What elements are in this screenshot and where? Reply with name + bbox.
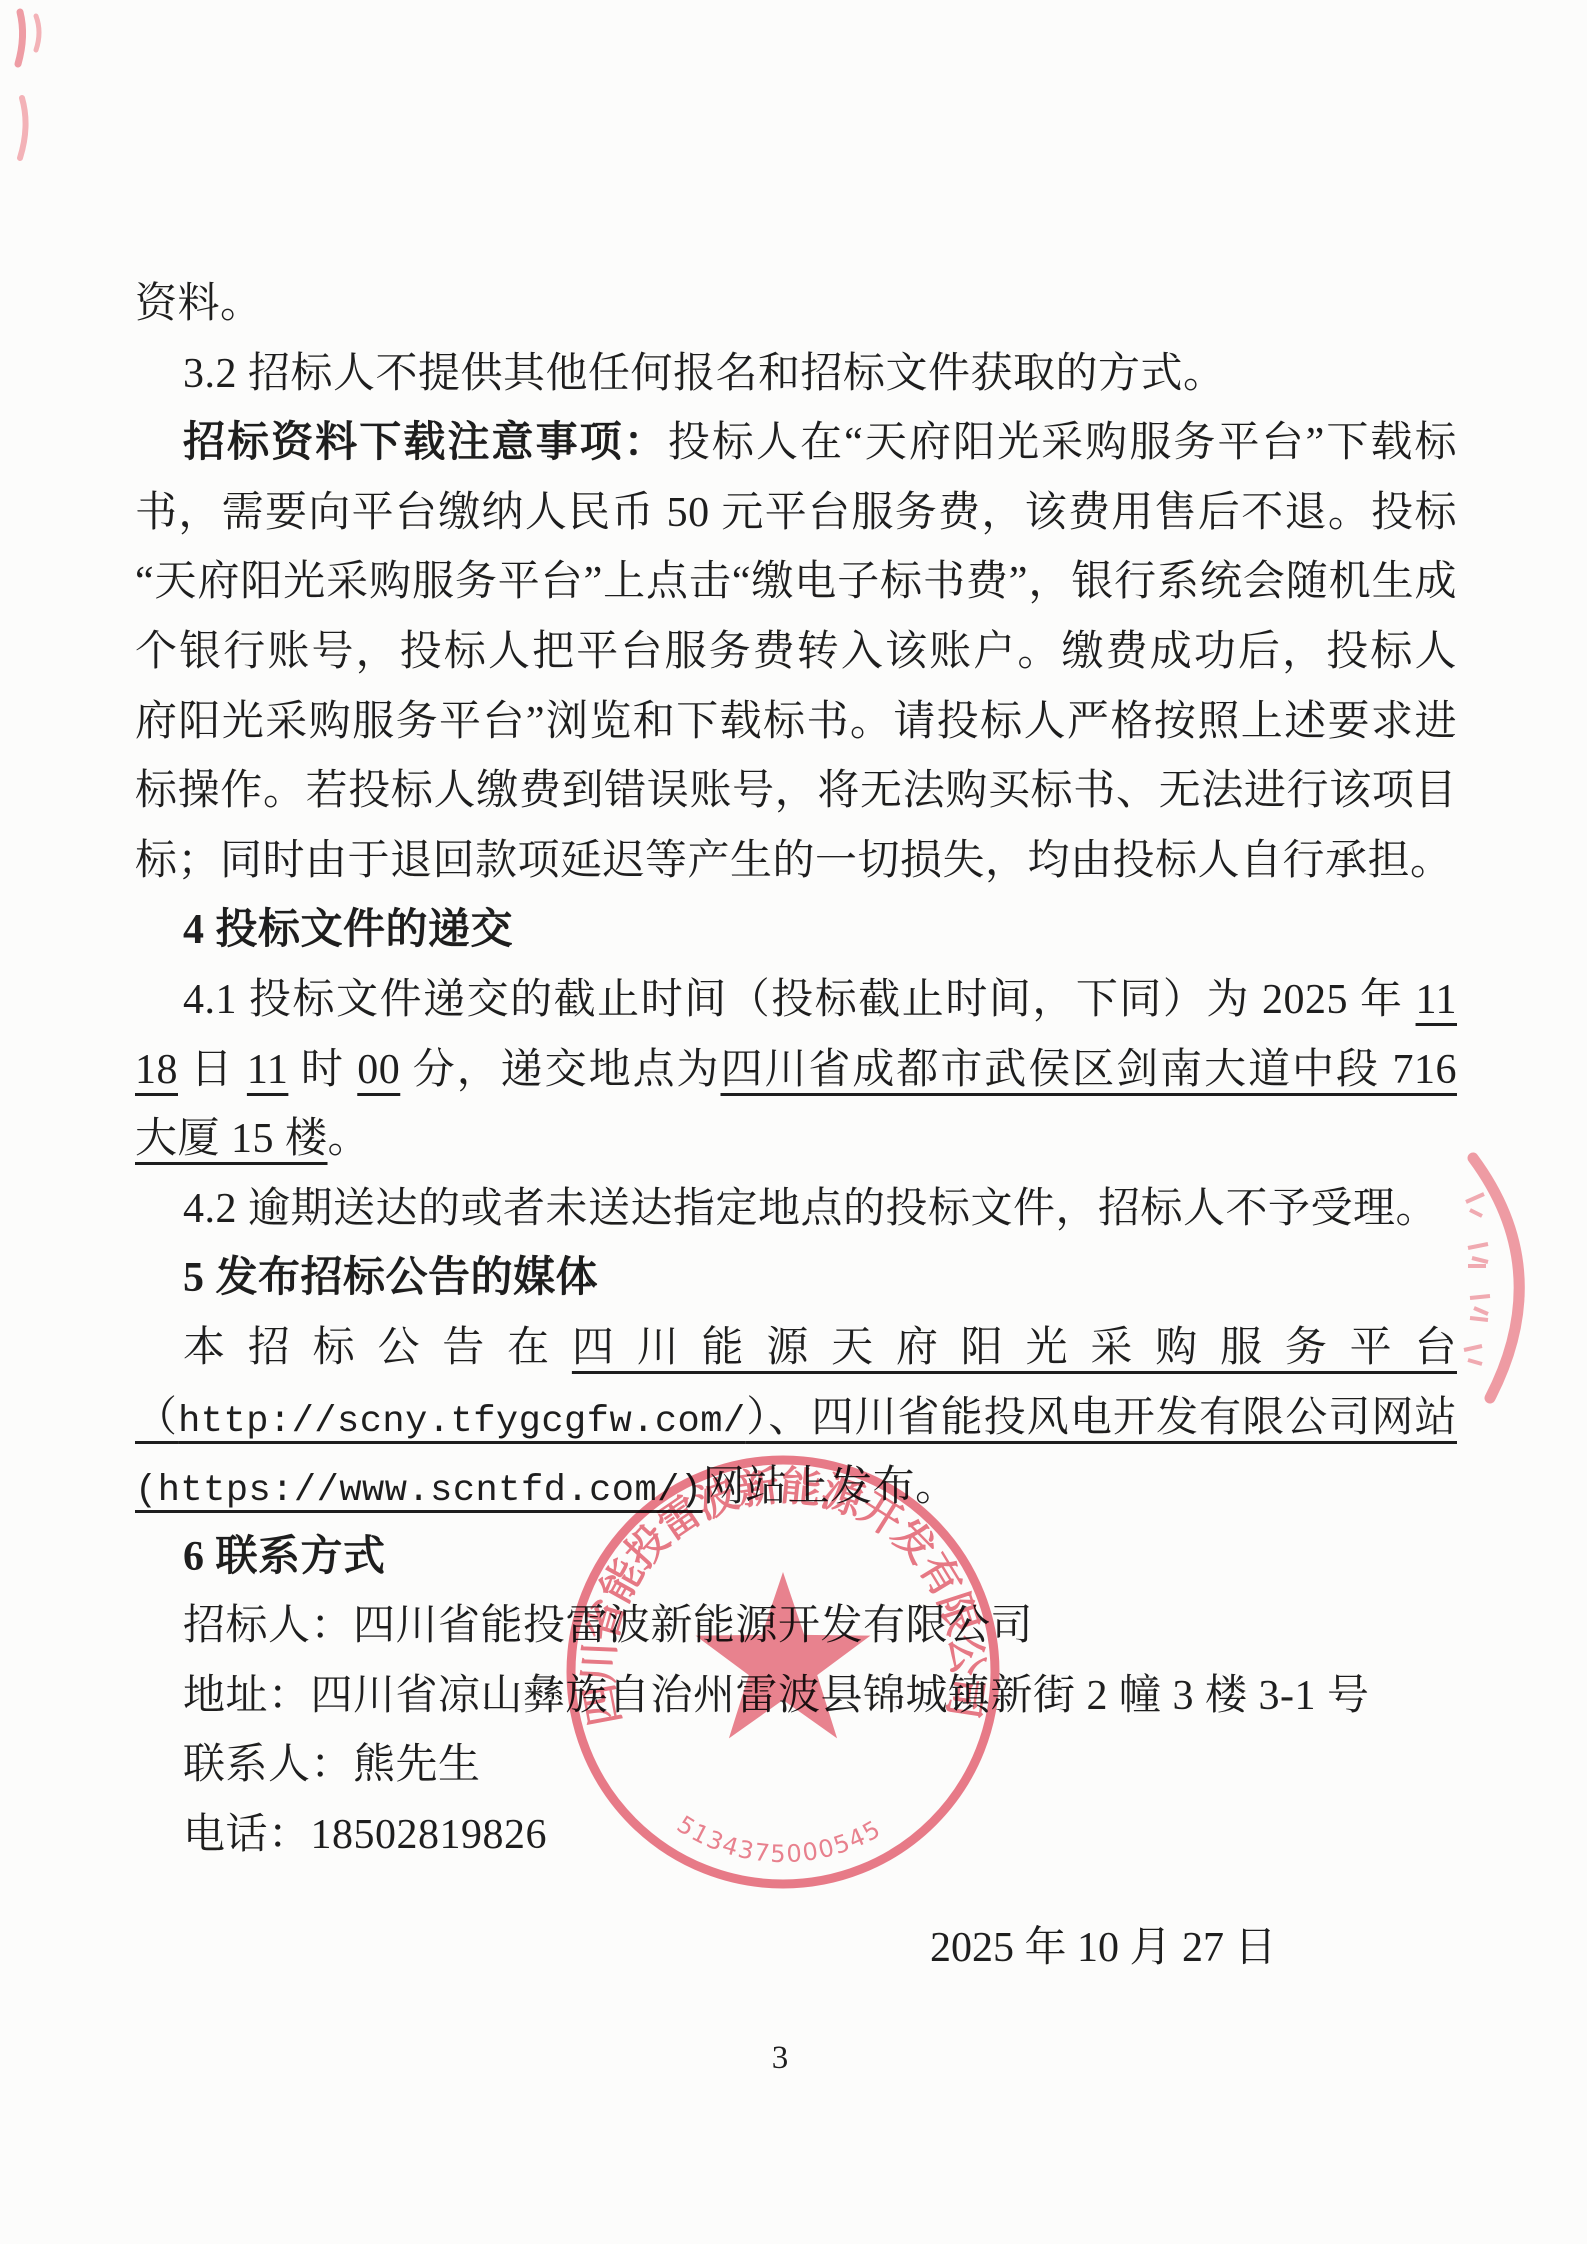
text-segment: 电话：18502819826: [183, 1812, 547, 1858]
text-segment: 18: [135, 1047, 178, 1093]
text-line: 书，需要向平台缴纳人民币 50 元平台服务费，该费用售后不退。投标人在: [135, 479, 1457, 549]
document-date: 2025 年 10 月 27 日: [930, 1913, 1277, 1983]
text-segment: 府阳光采购服务平台”浏览和下载标书。请投标人严格按照上述要求进行投: [135, 699, 1457, 758]
svg-text:5134375000545: 5134375000545: [672, 1810, 885, 1868]
text-segment: “天府阳光采购服务平台”上点击“缴电子标书费”，银行系统会随机生成一: [135, 559, 1457, 618]
text-segment: （: [135, 1395, 178, 1441]
text-segment: 书，需要向平台缴纳人民币 50 元平台服务费，该费用售后不退。投标人在: [135, 490, 1457, 549]
text-segment: 联系人：熊先生: [183, 1742, 481, 1788]
text-segment: 日: [178, 1047, 247, 1093]
text-line: 本招标公告在四川能源天府阳光采购服务平台: [135, 1314, 1457, 1384]
corner-red-marks: [6, 6, 66, 176]
text-segment: 招标资料下载注意事项：: [183, 420, 668, 466]
text-line: 3.2 招标人不提供其他任何报名和招标文件获取的方式。: [135, 340, 1457, 410]
text-line: 18 日 11 时 00 分，递交地点为四川省成都市武侯区剑南大道中段 716 …: [135, 1036, 1457, 1106]
text-segment: 资料。: [135, 281, 263, 327]
text-line: 个银行账号，投标人把平台服务费转入该账户。缴费成功后，投标人在“天: [135, 618, 1457, 688]
seal-serial-number: 5134375000545: [672, 1810, 885, 1868]
text-segment: 4 投标文件的递交: [183, 907, 513, 953]
text-line: 招标资料下载注意事项：投标人在“天府阳光采购服务平台”下载标: [135, 409, 1457, 479]
text-segment: 11: [1416, 977, 1457, 1023]
text-segment: 投标人在“天府阳光采购服务平台”下载标: [668, 420, 1457, 466]
section-heading: 5 发布招标公告的媒体: [135, 1244, 1457, 1314]
document-page: 资料。3.2 招标人不提供其他任何报名和招标文件获取的方式。招标资料下载注意事项…: [0, 0, 1587, 2244]
text-segment: 5 发布招标公告的媒体: [183, 1255, 598, 1301]
company-seal-stamp: 四川省能投雷波新能源开发有限公司 5134375000545: [548, 1432, 1018, 1912]
text-line: 资料。: [135, 270, 1457, 340]
text-segment: 4.2 逾期送达的或者未送达指定地点的投标文件，招标人不予受理。: [183, 1186, 1438, 1232]
text-line: “天府阳光采购服务平台”上点击“缴电子标书费”，银行系统会随机生成一: [135, 548, 1457, 618]
text-line: 大厦 15 楼。: [135, 1105, 1457, 1175]
text-segment: 标；同时由于退回款项延迟等产生的一切损失，均由投标人自行承担。: [135, 838, 1453, 884]
text-segment: 本招标公告在: [183, 1325, 572, 1371]
text-line: 4.1 投标文件递交的截止时间（投标截止时间，下同）为 2025 年 11 月: [135, 966, 1457, 1036]
page-number: 3: [0, 2040, 1560, 2077]
text-segment: 11: [247, 1047, 288, 1093]
text-segment: 分，递交地点为: [400, 1047, 720, 1093]
text-segment: 00: [357, 1047, 400, 1093]
text-line: 4.2 逾期送达的或者未送达指定地点的投标文件，招标人不予受理。: [135, 1175, 1457, 1245]
text-segment: 4.1 投标文件递交的截止时间（投标截止时间，下同）为 2025 年: [183, 977, 1416, 1023]
text-segment: 6 联系方式: [183, 1534, 386, 1580]
text-segment: 时: [288, 1047, 357, 1093]
text-segment: 四川能源天府阳光采购服务平台: [572, 1325, 1457, 1371]
text-segment: 标操作。若投标人缴费到错误账号，将无法购买标书、无法进行该项目投: [135, 768, 1457, 827]
text-segment: 3.2 招标人不提供其他任何报名和招标文件获取的方式。: [183, 351, 1226, 397]
partial-stamp-fragment: [1438, 1130, 1587, 1425]
text-line: 标；同时由于退回款项延迟等产生的一切损失，均由投标人自行承担。: [135, 827, 1457, 897]
text-line: 府阳光采购服务平台”浏览和下载标书。请投标人严格按照上述要求进行投: [135, 688, 1457, 758]
text-line: 标操作。若投标人缴费到错误账号，将无法购买标书、无法进行该项目投: [135, 757, 1457, 827]
seal-star-icon: [696, 1572, 871, 1738]
text-segment: 大厦 15 楼: [135, 1116, 328, 1162]
text-segment: 。: [328, 1116, 371, 1162]
section-heading: 4 投标文件的递交: [135, 896, 1457, 966]
text-segment: 个银行账号，投标人把平台服务费转入该账户。缴费成功后，投标人在“天: [135, 629, 1457, 688]
